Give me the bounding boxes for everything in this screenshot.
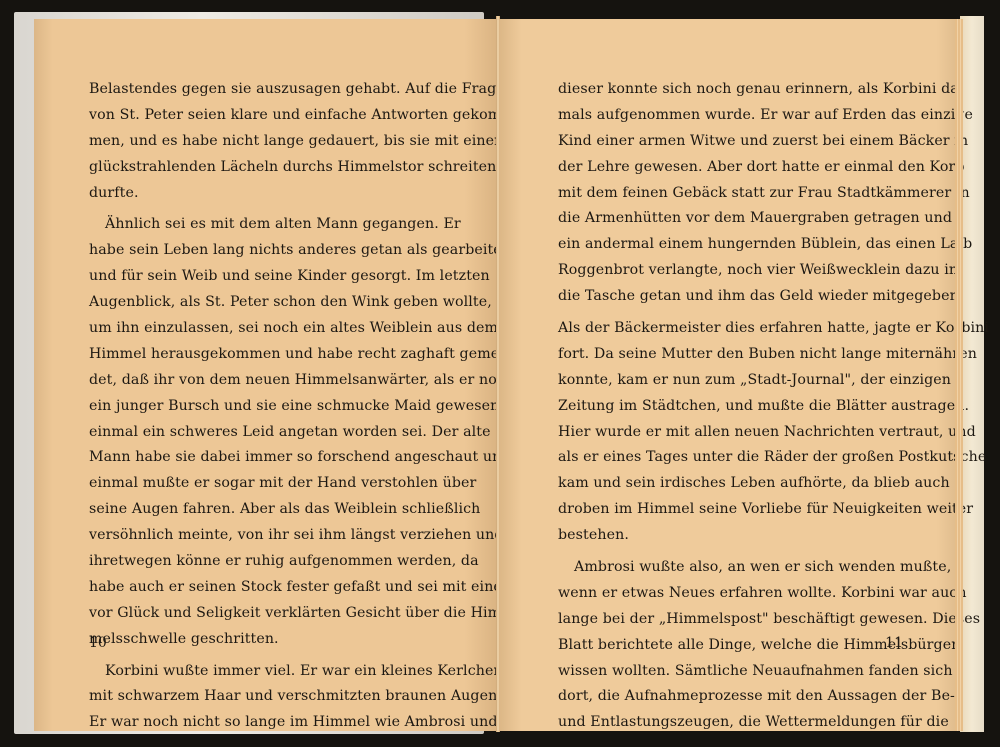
- text-line: dieser konnte sich noch genau erinnern, …: [558, 77, 910, 103]
- text-line: einmal ein schweres Leid angetan worden …: [89, 420, 443, 446]
- left-page: Belastendes gegen sie auszusagen gehabt.…: [34, 19, 497, 731]
- text-line: durfte.: [89, 181, 443, 207]
- text-line: habe auch er seinen Stock fester gefaßt …: [89, 575, 443, 601]
- text-line: melsschwelle geschritten.: [89, 627, 443, 653]
- text-line: wenn er etwas Neues erfahren wollte. Kor…: [558, 581, 910, 607]
- text-line: versöhnlich meinte, von ihr sei ihm läng…: [89, 523, 443, 549]
- text-line: vor Glück und Seligkeit verklärten Gesic…: [89, 601, 443, 627]
- text-line: ihretwegen könne er ruhig aufgenommen we…: [89, 549, 443, 575]
- text-line: Ambrosi wußte also, an wen er sich wende…: [558, 555, 910, 581]
- text-line: lange bei der „Himmelspost" beschäftigt …: [558, 607, 910, 633]
- text-line: um ihn einzulassen, sei noch ein altes W…: [89, 316, 443, 342]
- text-line: Zeitung im Städtchen, und mußte die Blät…: [558, 394, 910, 420]
- text-line: und für sein Weib und seine Kinder gesor…: [89, 264, 443, 290]
- text-line: konnte, kam er nun zum „Stadt-Journal", …: [558, 368, 910, 394]
- text-line: Hier wurde er mit allen neuen Nachrichte…: [558, 420, 910, 446]
- text-line: Himmel herausgekommen und habe recht zag…: [89, 342, 443, 368]
- text-line: Korbini wußte immer viel. Er war ein kle…: [89, 659, 443, 685]
- text-line: als er eines Tages unter die Räder der g…: [558, 445, 910, 471]
- text-line: mit schwarzem Haar und verschmitzten bra…: [89, 684, 443, 710]
- text-line: Als der Bäckermeister dies erfahren hatt…: [558, 316, 910, 342]
- text-line: Belastendes gegen sie auszusagen gehabt.…: [89, 77, 443, 103]
- text-line: der Lehre gewesen. Aber dort hatte er ei…: [558, 155, 910, 181]
- text-line: wissen wollten. Sämtliche Neuaufnahmen f…: [558, 659, 910, 685]
- text-line: fort. Da seine Mutter den Buben nicht la…: [558, 342, 910, 368]
- text-line: Ähnlich sei es mit dem alten Mann gegang…: [89, 212, 443, 238]
- text-line: Mann habe sie dabei immer so forschend a…: [89, 445, 443, 471]
- page-number: 10: [89, 635, 107, 651]
- text-line: det, daß ihr von dem neuen Himmelsanwärt…: [89, 368, 443, 394]
- text-line: die Armenhütten vor dem Mauergraben getr…: [558, 206, 910, 232]
- text-line: Er war noch nicht so lange im Himmel wie…: [89, 710, 443, 736]
- text-line: von St. Peter seien klare und einfache A…: [89, 103, 443, 129]
- text-line: einmal mußte er sogar mit der Hand verst…: [89, 471, 443, 497]
- text-line: seine Augen fahren. Aber als das Weiblei…: [89, 497, 443, 523]
- text-line: glückstrahlenden Lächeln durchs Himmelst…: [89, 155, 443, 181]
- page-stack-edge: [955, 19, 963, 731]
- text-line: und Entlastungszeugen, die Wettermeldung…: [558, 710, 910, 736]
- text-line: kam und sein irdisches Leben aufhörte, d…: [558, 471, 910, 497]
- text-line: Kind einer armen Witwe und zuerst bei ei…: [558, 129, 910, 155]
- text-line: men, und es habe nicht lange gedauert, b…: [89, 129, 443, 155]
- right-page-text: dieser konnte sich noch genau erinnern, …: [558, 77, 910, 736]
- page-number: 11: [885, 635, 903, 651]
- text-line: habe sein Leben lang nichts anderes geta…: [89, 238, 443, 264]
- text-line: bestehen.: [558, 523, 910, 549]
- text-line: ein andermal einem hungernden Büblein, d…: [558, 232, 910, 258]
- text-line: Roggenbrot verlangte, noch vier Weißweck…: [558, 258, 910, 284]
- right-page: dieser konnte sich noch genau erinnern, …: [499, 19, 955, 731]
- text-line: ein junger Bursch und sie eine schmucke …: [89, 394, 443, 420]
- text-line: dort, die Aufnahmeprozesse mit den Aussa…: [558, 684, 910, 710]
- text-line: die Tasche getan und ihm das Geld wieder…: [558, 284, 910, 310]
- text-line: droben im Himmel seine Vorliebe für Neui…: [558, 497, 910, 523]
- text-line: Blatt berichtete alle Dinge, welche die …: [558, 633, 910, 659]
- text-line: mit dem feinen Gebäck statt zur Frau Sta…: [558, 181, 910, 207]
- text-line: mals aufgenommen wurde. Er war auf Erden…: [558, 103, 910, 129]
- left-page-text: Belastendes gegen sie auszusagen gehabt.…: [89, 77, 443, 736]
- text-line: Augenblick, als St. Peter schon den Wink…: [89, 290, 443, 316]
